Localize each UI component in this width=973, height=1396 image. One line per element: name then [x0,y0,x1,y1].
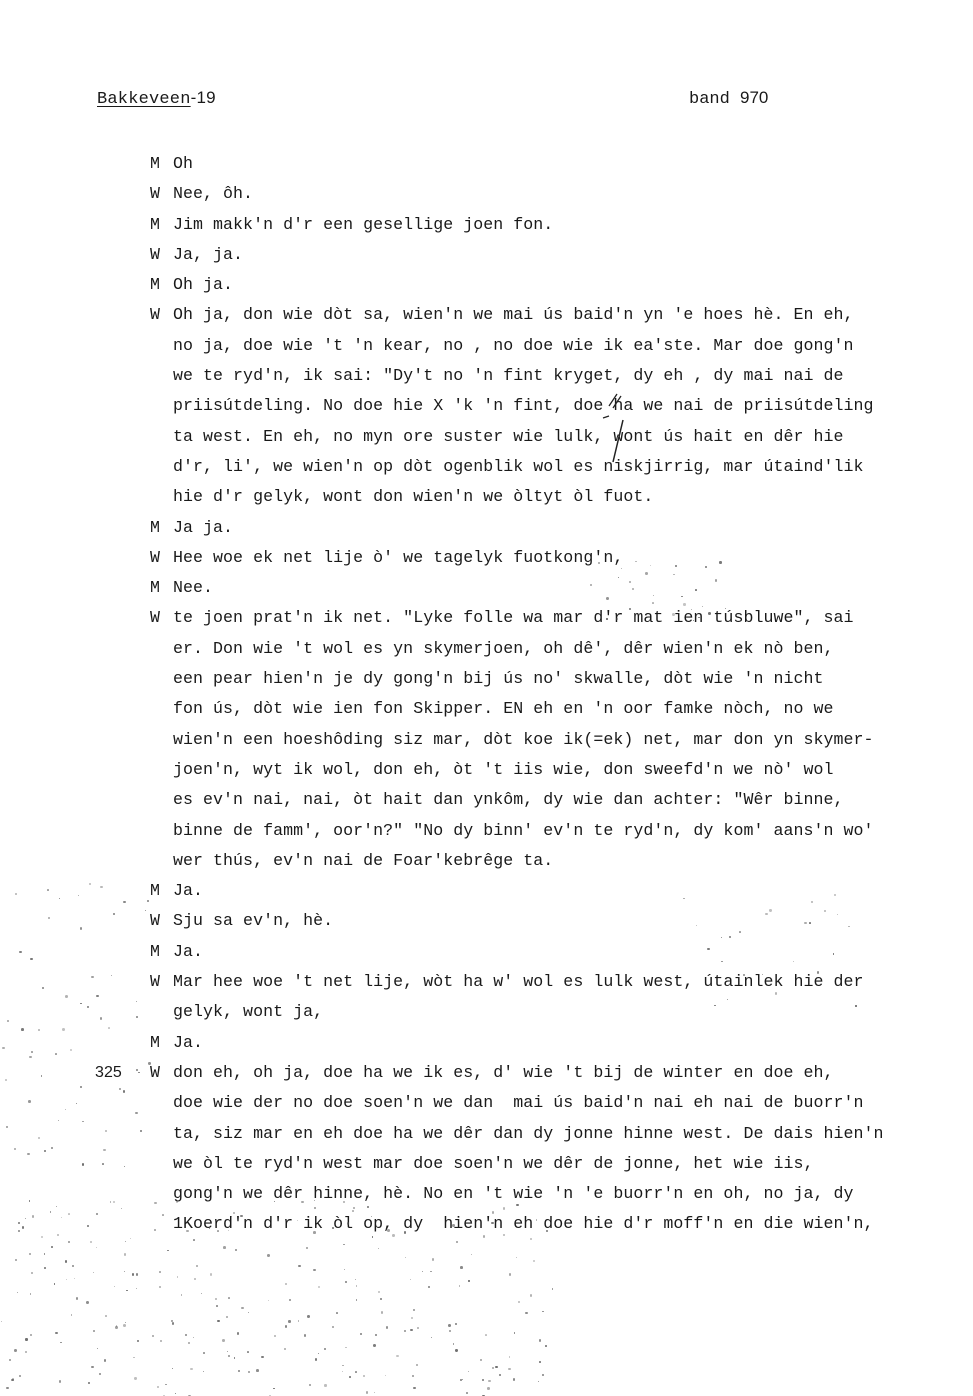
transcript-turn: MJim makk'n d'r een gesellige joen fon. [150,210,960,240]
utterance-text: ta west. En eh, no myn ore suster wie lu… [173,427,844,446]
tape-label: band [689,90,730,109]
transcript-continuation: es ev'n nai, nai, òt hait dan ynkôm, dy … [150,785,960,815]
transcript-continuation: gelyk, wont ja, [150,997,960,1027]
transcript-continuation: gong'n we dêr hinne, hè. No en 't wie 'n… [150,1179,960,1209]
transcript-turn: MNee. [150,573,960,603]
transcript-turn: MOh ja. [150,270,960,300]
utterance-text: Oh ja. [173,275,233,294]
transcript-continuation: d'r, li', we wien'n op dòt ogenblik wol … [150,452,960,482]
transcript-body: MOhWNee, ôh.MJim makk'n d'r een gesellig… [150,149,960,1240]
transcript-turn: WHee woe ek net lije ò' we tagelyk fuotk… [150,543,960,573]
utterance-text: fon ús, dòt wie ien fon Skipper. EN eh e… [173,699,834,718]
speaker-label: W [150,1058,173,1088]
speaker-label: M [150,573,173,603]
transcript-turn: MJa. [150,937,960,967]
speaker-label: W [150,603,173,633]
utterance-text: Ja ja. [173,518,233,537]
speaker-label: M [150,937,173,967]
transcript-turn: 325Wdon eh, oh ja, doe ha we ik es, d' w… [150,1058,960,1088]
tape-counter-marker: 325 [95,1058,122,1088]
transcript-turn: Wte joen prat'n ik net. "Lyke folle wa m… [150,603,960,633]
tape-number: 970 [740,88,768,107]
transcript-turn: MJa. [150,1028,960,1058]
utterance-text: d'r, li', we wien'n op dòt ogenblik wol … [173,457,864,476]
transcript-continuation: binne de famm', oor'n?" "No dy binn' ev'… [150,816,960,846]
utterance-text: 1Koerd'n d'r ik òl op, dy hien'n eh doe … [173,1214,874,1233]
utterance-text: wer thús, ev'n nai de Foar'kebrêge ta. [173,851,553,870]
transcript-turn: WMar hee woe 't net lije, wòt ha w' wol … [150,967,960,997]
tape-reference: band 970 [689,88,768,109]
utterance-text: joen'n, wyt ik wol, don eh, òt 't iis wi… [173,760,834,779]
utterance-text: we te ryd'n, ik sai: "Dy't no 'n fint kr… [173,366,844,385]
utterance-text: er. Don wie 't wol es yn skymerjoen, oh … [173,639,834,658]
transcript-continuation: 1Koerd'n d'r ik òl op, dy hien'n eh doe … [150,1209,960,1239]
utterance-text: Ja. [173,942,203,961]
document-title: Bakkeveen-19 [97,88,216,109]
typewritten-transcript-page: Bakkeveen-19 band 970 MOhWNee, ôh.MJim m… [0,0,973,1396]
transcript-continuation: we te ryd'n, ik sai: "Dy't no 'n fint kr… [150,361,960,391]
speaker-label: W [150,906,173,936]
transcript-continuation: priisútdeling. No doe hie X 'k 'n fint, … [150,391,960,421]
transcript-continuation: een pear hien'n je dy gong'n bij ús no' … [150,664,960,694]
utterance-text: te joen prat'n ik net. "Lyke folle wa ma… [173,608,854,627]
speaker-label: M [150,1028,173,1058]
place-number: -19 [191,88,216,107]
transcript-continuation: hie d'r gelyk, wont don wien'n we òltyt … [150,482,960,512]
transcript-turn: MJa ja. [150,513,960,543]
transcript-turn: WNee, ôh. [150,179,960,209]
utterance-text: ta, siz mar en eh doe ha we dêr dan dy j… [173,1124,884,1143]
transcript-continuation: fon ús, dòt wie ien fon Skipper. EN eh e… [150,694,960,724]
utterance-text: een pear hien'n je dy gong'n bij ús no' … [173,669,824,688]
utterance-text: binne de famm', oor'n?" "No dy binn' ev'… [173,821,874,840]
speaker-label: W [150,300,173,330]
utterance-text: no ja, doe wie 't 'n kear, no , no doe w… [173,336,854,355]
utterance-text: gelyk, wont ja, [173,1002,323,1021]
transcript-continuation: ta west. En eh, no myn ore suster wie lu… [150,422,960,452]
transcript-continuation: we òl te ryd'n west mar doe soen'n we dê… [150,1149,960,1179]
transcript-continuation: joen'n, wyt ik wol, don eh, òt 't iis wi… [150,755,960,785]
speaker-label: W [150,240,173,270]
utterance-text: gong'n we dêr hinne, hè. No en 't wie 'n… [173,1184,854,1203]
speaker-label: M [150,210,173,240]
utterance-text: wien'n een hoeshôding siz mar, dòt koe i… [173,730,874,749]
utterance-text: Sju sa ev'n, hè. [173,911,333,930]
transcript-continuation: doe wie der no doe soen'n we dan mai ús … [150,1088,960,1118]
transcript-turn: WJa, ja. [150,240,960,270]
speaker-label: W [150,179,173,209]
utterance-text: Hee woe ek net lije ò' we tagelyk fuotko… [173,548,623,567]
transcript-turn: MJa. [150,876,960,906]
transcript-continuation: no ja, doe wie 't 'n kear, no , no doe w… [150,331,960,361]
speaker-label: M [150,876,173,906]
utterance-text: Ja. [173,881,203,900]
utterance-text: hie d'r gelyk, wont don wien'n we òltyt … [173,487,653,506]
utterance-text: Ja. [173,1033,203,1052]
place-name: Bakkeveen [97,90,191,109]
utterance-text: Ja, ja. [173,245,243,264]
utterance-text: doe wie der no doe soen'n we dan mai ús … [173,1093,864,1112]
transcript-continuation: wien'n een hoeshôding siz mar, dòt koe i… [150,725,960,755]
utterance-text: Nee, ôh. [173,184,253,203]
utterance-text: priisútdeling. No doe hie X 'k 'n fint, … [173,396,874,415]
utterance-text: Oh ja, don wie dòt sa, wien'n we mai ús … [173,305,854,324]
utterance-text: Jim makk'n d'r een gesellige joen fon. [173,215,553,234]
transcript-continuation: ta, siz mar en eh doe ha we dêr dan dy j… [150,1119,960,1149]
utterance-text: Mar hee woe 't net lije, wòt ha w' wol e… [173,972,864,991]
transcript-turn: WOh ja, don wie dòt sa, wien'n we mai ús… [150,300,960,330]
utterance-text: don eh, oh ja, doe ha we ik es, d' wie '… [173,1063,834,1082]
transcript-turn: WSju sa ev'n, hè. [150,906,960,936]
utterance-text: es ev'n nai, nai, òt hait dan ynkôm, dy … [173,790,844,809]
utterance-text: Nee. [173,578,213,597]
transcript-continuation: er. Don wie 't wol es yn skymerjoen, oh … [150,634,960,664]
utterance-text: Oh [173,154,193,173]
speaker-label: W [150,543,173,573]
speaker-label: M [150,513,173,543]
speaker-label: W [150,967,173,997]
transcript-turn: MOh [150,149,960,179]
transcript-continuation: wer thús, ev'n nai de Foar'kebrêge ta. [150,846,960,876]
speaker-label: M [150,149,173,179]
utterance-text: we òl te ryd'n west mar doe soen'n we dê… [173,1154,814,1173]
speaker-label: M [150,270,173,300]
